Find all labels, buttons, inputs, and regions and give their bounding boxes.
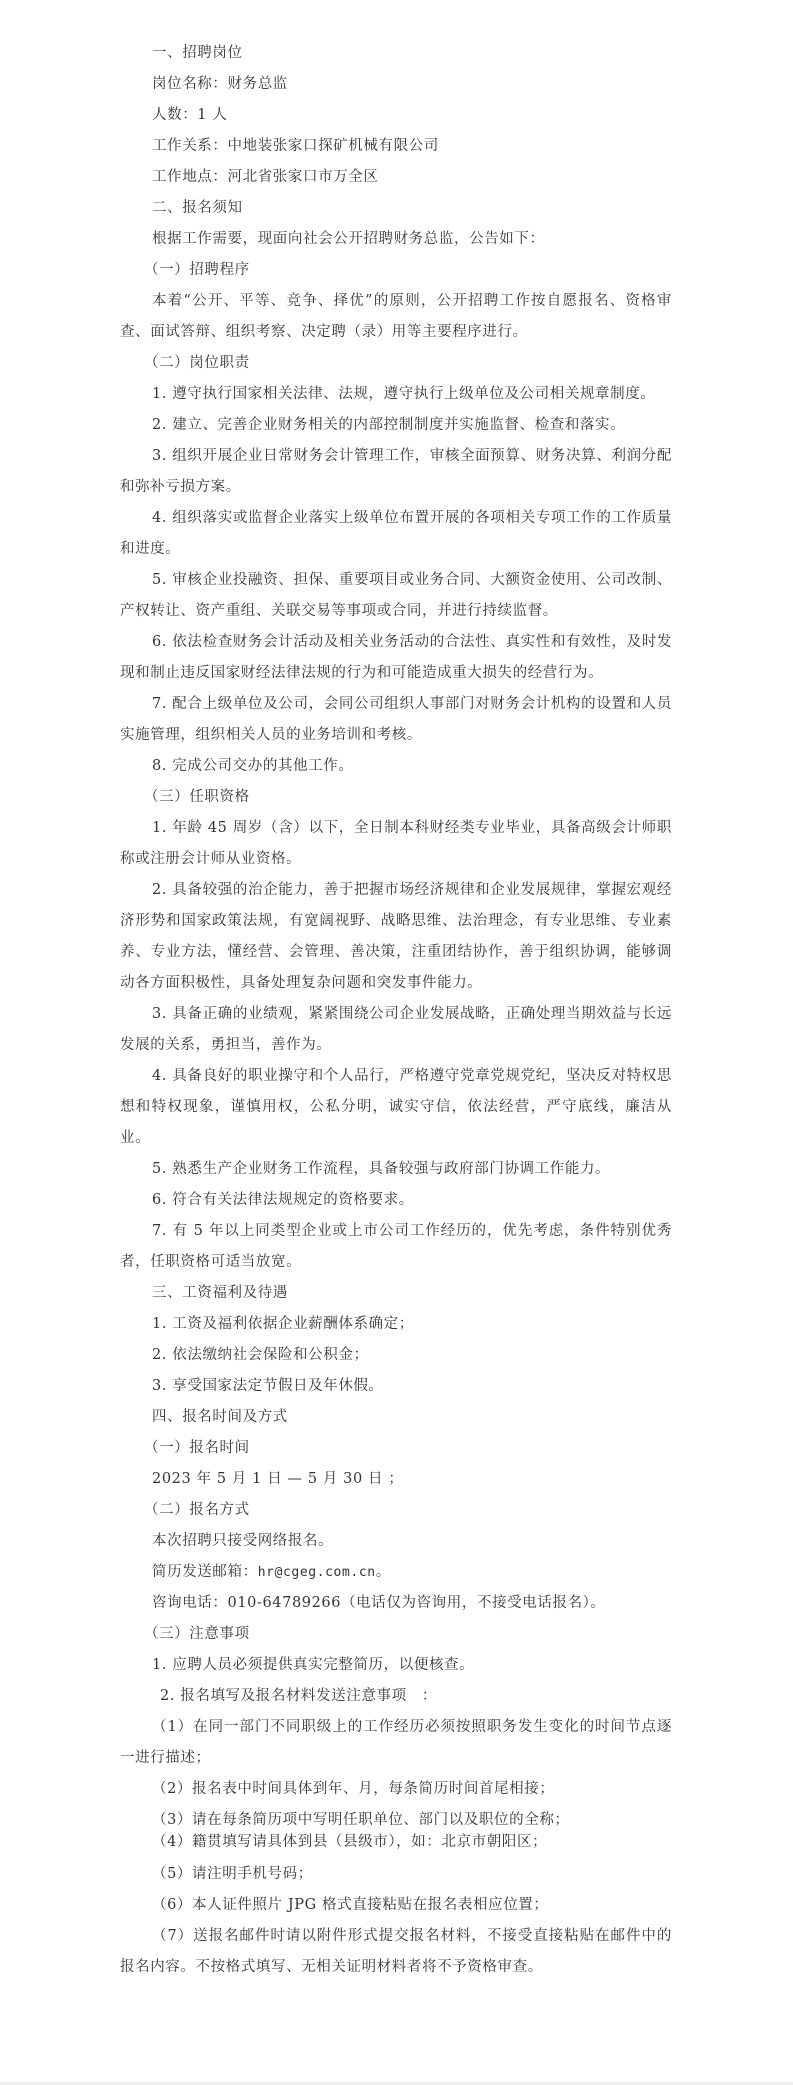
email-line: 简历发送邮箱：hr@cgeg.com.cn。 <box>120 1557 672 1588</box>
phone-line: 咨询电话：010-64789266（电话仅为咨询用，不接受电话报名）。 <box>120 1588 672 1619</box>
recruitment-document: 一、招聘岗位 岗位名称：财务总监 人数：1 人 工作关系：中地装张家口探矿机械有… <box>120 38 672 1983</box>
note-item: 1. 应聘人员必须提供真实完整简历，以便核查。 <box>120 1650 672 1681</box>
note-subitem: （7）送报名邮件时请以附件形式提交报名材料，不接受直接粘贴在邮件中的报名内容。不… <box>120 1921 672 1983</box>
duty-item: 2. 建立、完善企业财务相关的内部控制制度并实施监督、检查和落实。 <box>120 410 672 441</box>
duty-item: 4. 组织落实或监督企业落实上级单位布置开展的各项相关专项工作的工作质量和进度。 <box>120 503 672 565</box>
note-item: 2. 报名填写及报名材料发送注意事项 ： <box>120 1681 672 1712</box>
qualification-item: 7. 有 5 年以上同类型企业或上市公司工作经历的，优先考虑，条件特别优秀者，任… <box>120 1216 672 1278</box>
benefit-item: 1. 工资及福利依据企业薪酬体系确定； <box>120 1309 672 1340</box>
procedure-text: 本着“公开、平等、竞争、择优”的原则，公开招聘工作按自愿报名、资格审查、面试答辩… <box>120 286 672 348</box>
intro-text: 根据工作需要，现面向社会公开招聘财务总监，公告如下： <box>120 224 672 255</box>
subheading-qualifications: （三）任职资格 <box>120 782 672 813</box>
qualification-item: 3. 具备正确的业绩观，紧紧围绕公司企业发展战略，正确处理当期效益与长远发展的关… <box>120 999 672 1061</box>
qualification-item: 6. 符合有关法律法规规定的资格要求。 <box>120 1185 672 1216</box>
duty-item: 3. 组织开展企业日常财务会计管理工作，审核全面预算、财务决算、利润分配和弥补亏… <box>120 441 672 503</box>
email-suffix: 。 <box>376 1564 391 1580</box>
note-subitem: （2）报名表中时间具体到年、月，每条简历时间首尾相接； <box>120 1774 672 1805</box>
duty-item: 1. 遵守执行国家相关法律、法规，遵守执行上级单位及公司相关规章制度。 <box>120 379 672 410</box>
subheading-notes: （三）注意事项 <box>120 1619 672 1650</box>
email-link[interactable]: hr@cgeg.com.cn <box>258 1565 376 1580</box>
section-heading-positions: 一、招聘岗位 <box>120 38 672 69</box>
phone-number: 010-64789266 <box>228 1595 342 1611</box>
subheading-duties: （二）岗位职责 <box>120 348 672 379</box>
section-heading-registration: 四、报名时间及方式 <box>120 1402 672 1433</box>
phone-label: 咨询电话： <box>152 1595 228 1611</box>
phone-note: （电话仅为咨询用，不接受电话报名）。 <box>341 1595 606 1611</box>
qualification-item: 5. 熟悉生产企业财务工作流程，具备较强与政府部门协调工作能力。 <box>120 1154 672 1185</box>
subheading-registration-method: （二）报名方式 <box>120 1495 672 1526</box>
note-subitem: （1）在同一部门不同职级上的工作经历必须按照职务发生变化的时间节点逐一进行描述； <box>120 1712 672 1774</box>
note-subitem: （3）请在每条简历项中写明任职单位、部门以及职位的全称； <box>120 1809 672 1831</box>
duty-item: 7. 配合上级单位及公司，会同公司组织人事部门对财务会计机构的设置和人员实施管理… <box>120 689 672 751</box>
qualification-item: 4. 具备良好的职业操守和个人品行，严格遵守党章党规党纪，坚决反对特权思想和特权… <box>120 1061 672 1154</box>
headcount: 人数：1 人 <box>120 100 672 131</box>
section-heading-application: 二、报名须知 <box>120 193 672 224</box>
work-relation: 工作关系：中地装张家口探矿机械有限公司 <box>120 131 672 162</box>
duty-item: 8. 完成公司交办的其他工作。 <box>120 751 672 782</box>
benefit-item: 2. 依法缴纳社会保险和公积金； <box>120 1340 672 1371</box>
online-only-note: 本次招聘只接受网络报名。 <box>120 1526 672 1557</box>
work-location: 工作地点：河北省张家口市万全区 <box>120 162 672 193</box>
qualification-item: 2. 具备较强的治企能力，善于把握市场经济规律和企业发展规律，掌握宏观经济形势和… <box>120 875 672 999</box>
duty-item: 6. 依法检查财务会计活动及相关业务活动的合法性、真实性和有效性，及时发现和制止… <box>120 627 672 689</box>
note-subitem: （6）本人证件照片 JPG 格式直接粘贴在报名表相应位置； <box>120 1890 672 1921</box>
benefit-item: 3. 享受国家法定节假日及年休假。 <box>120 1371 672 1402</box>
note-subitem: （5）请注明手机号码； <box>120 1859 672 1890</box>
note-subitem: （4）籍贯填写请具体到县（县级市），如：北京市朝阳区； <box>120 1831 672 1853</box>
qualification-item: 1. 年龄 45 周岁（含）以下，全日制本科财经类专业毕业，具备高级会计师职称或… <box>120 813 672 875</box>
email-label: 简历发送邮箱： <box>152 1564 258 1580</box>
registration-period: 2023 年 5 月 1 日 — 5 月 30 日 ； <box>120 1464 672 1495</box>
subheading-procedure: （一）招聘程序 <box>120 255 672 286</box>
subheading-registration-time: （一）报名时间 <box>120 1433 672 1464</box>
duty-item: 5. 审核企业投融资、担保、重要项目或业务合同、大额资金使用、公司改制、产权转让… <box>120 565 672 627</box>
position-name: 岗位名称：财务总监 <box>120 69 672 100</box>
section-heading-benefits: 三、工资福利及待遇 <box>120 1278 672 1309</box>
